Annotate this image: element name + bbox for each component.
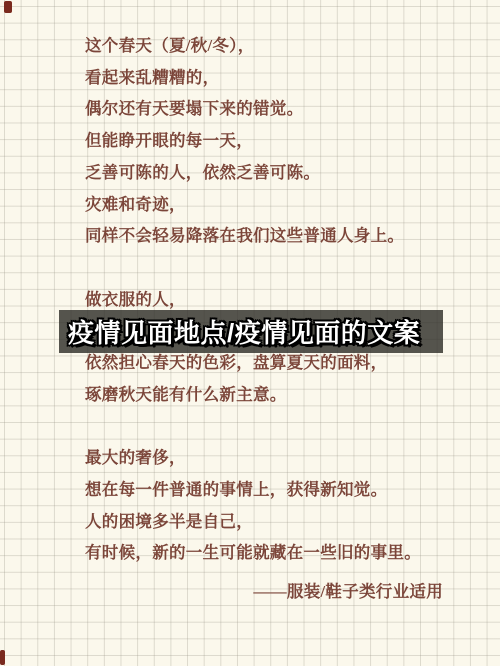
quote-line: 偶尔还有天要塌下来的错觉。 (85, 93, 500, 125)
quote-image-canvas: 这个春天（夏/秋/冬）， 看起来乱糟糟的， 偶尔还有天要塌下来的错觉。 但能睁开… (0, 0, 500, 666)
quote-line: 最大的奢侈， (85, 442, 500, 474)
subtitle-overlay-bar: 疫情见面地点/疫情见面的文案 (59, 310, 443, 353)
quote-line: 琢磨秋天能有什么新主意。 (85, 379, 500, 411)
quote-line: 人的困境多半是自己， (85, 506, 500, 538)
quote-line: 有时候，新的一生可能就藏在一些旧的事里。 (85, 537, 500, 569)
subtitle-overlay-title: 疫情见面地点/疫情见面的文案 (68, 313, 420, 350)
corner-mark-icon (0, 650, 5, 665)
quote-paragraph: 这个春天（夏/秋/冬）， 看起来乱糟糟的， 偶尔还有天要塌下来的错觉。 但能睁开… (85, 30, 500, 252)
quote-line: 看起来乱糟糟的， (85, 62, 500, 94)
quote-paragraph: 最大的奢侈， 想在每一件普通的事情上，获得新知觉。 人的困境多半是自己， 有时候… (85, 442, 500, 569)
attribution-line: ——服装/鞋子类行业适用 (85, 576, 500, 608)
quote-line: 但能睁开眼的每一天， (85, 125, 500, 157)
corner-mark-icon (4, 1, 12, 13)
quote-line: 乏善可陈的人，依然乏善可陈。 (85, 157, 500, 189)
quote-line: 这个春天（夏/秋/冬）， (85, 30, 500, 62)
quote-line: 同样不会轻易降落在我们这些普通人身上。 (85, 220, 500, 252)
quote-line: 灾难和奇迹， (85, 189, 500, 221)
quote-line: 想在每一件普通的事情上，获得新知觉。 (85, 474, 500, 506)
